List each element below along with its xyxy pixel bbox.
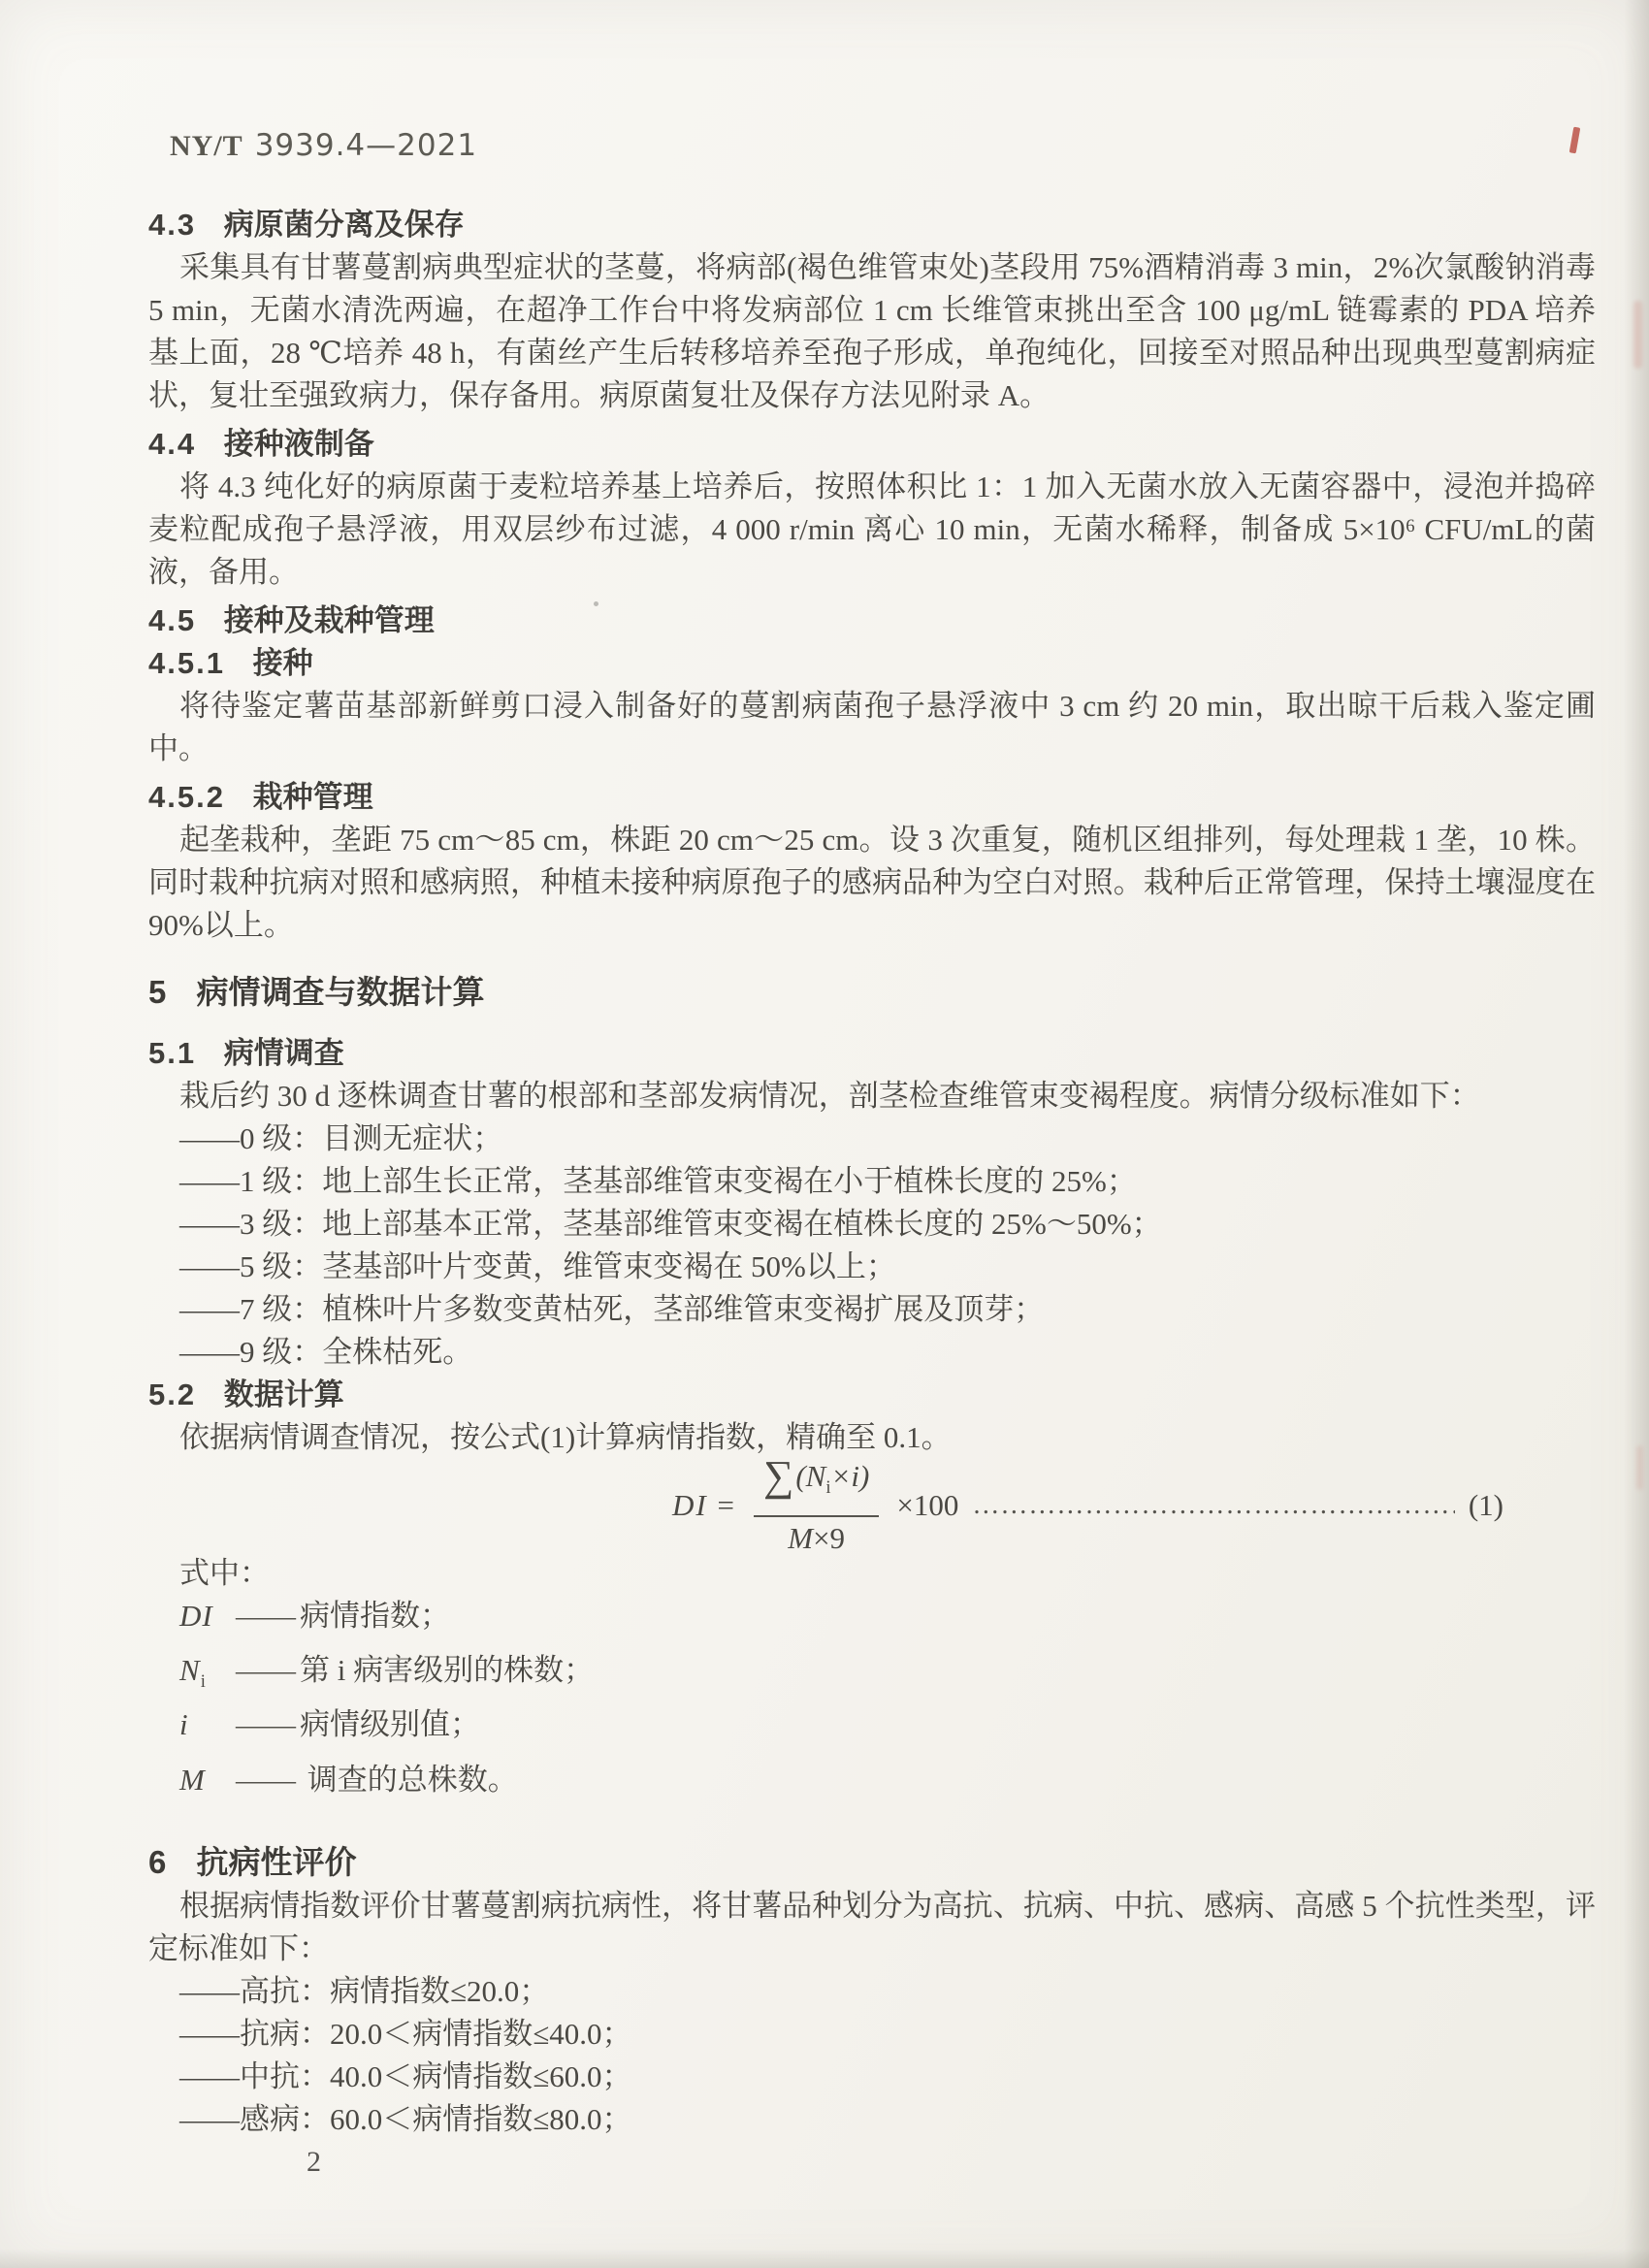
section-heading-4-5: 4.5 接种及栽种管理 xyxy=(148,599,1596,642)
denominator-factor: ×9 xyxy=(813,1521,845,1555)
term-dash: —— xyxy=(236,1707,296,1741)
section-number: 4.4 xyxy=(148,427,196,461)
term-dash: —— xyxy=(236,1599,296,1633)
section-number: 4.5 xyxy=(148,603,196,637)
standard-code-header: NY/T 3939.4—2021 xyxy=(170,128,1649,163)
document-body: 4.3 病原菌分离及保存 采集具有甘薯蔓割病典型症状的茎蔓，将病部(褐色维管束处… xyxy=(148,204,1596,2184)
scan-edge-shadow-bottom xyxy=(0,2249,1649,2268)
resistance-rating-list: ——高抗：病情指数≤20.0； ——抗病：20.0＜病情指数≤40.0； ——中… xyxy=(148,1970,1596,2141)
fraction: ∑(Ni×i) M×9 xyxy=(754,1454,879,1556)
grade-list-item: ——7 级：植株叶片多数变黄枯死，茎部维管束变褐扩展及顶芽； xyxy=(148,1288,1596,1331)
section-number: 4.5.1 xyxy=(148,646,225,680)
grade-list-item: ——1 级：地上部生长正常，茎基部维管束变褐在小于植株长度的 25%； xyxy=(148,1160,1596,1203)
paragraph-4-4: 将 4.3 纯化好的病原菌于麦粒培养基上培养后，按照体积比 1：1 加入无菌水放… xyxy=(148,466,1596,594)
section-title: 病情调查 xyxy=(224,1036,344,1070)
sigma-symbol: ∑ xyxy=(763,1452,793,1500)
term-description: 病情级别值； xyxy=(300,1707,480,1741)
chapter-heading-6: 6 抗病性评价 xyxy=(148,1840,1596,1885)
section-number: 4.5.2 xyxy=(148,780,225,814)
term-description: 调查的总株数。 xyxy=(300,1763,518,1797)
chapter-number: 6 xyxy=(148,1844,168,1880)
grade-list-item: ——0 级：目测无症状； xyxy=(148,1118,1596,1160)
term-symbol: i xyxy=(179,1703,236,1758)
term-symbol: M xyxy=(179,1759,236,1813)
paragraph-4-3: 采集具有甘薯蔓割病典型症状的茎蔓，将病部(褐色维管束处)茎段用 75%酒精消毒 … xyxy=(148,246,1596,417)
scan-artifact-pink-smudge xyxy=(1633,301,1642,369)
dotted-leader: ……………………………………………………………… xyxy=(972,1490,1455,1521)
where-intro: 式中： xyxy=(148,1552,1596,1595)
numerator-term-close: ×i) xyxy=(831,1459,870,1493)
rating-list-item: ——高抗：病情指数≤20.0； xyxy=(148,1970,1596,2013)
term-dash: —— xyxy=(236,1653,296,1687)
term-symbol: Ni xyxy=(179,1649,236,1703)
section-heading-4-5-2: 4.5.2 栽种管理 xyxy=(148,776,1596,819)
fraction-denominator: M×9 xyxy=(754,1517,879,1557)
equals-sign: = xyxy=(717,1488,735,1522)
chapter-number: 5 xyxy=(148,974,168,1010)
standard-code-prefix: NY/T xyxy=(170,130,243,162)
where-term: Ni——第 i 病害级别的株数； xyxy=(148,1649,1596,1703)
section-heading-5-1: 5.1 病情调查 xyxy=(148,1032,1596,1075)
disease-grade-list: ——0 级：目测无症状； ——1 级：地上部生长正常，茎基部维管束变褐在小于植株… xyxy=(148,1118,1596,1374)
page-footer: 2 xyxy=(307,2141,1596,2184)
section-heading-4-5-1: 4.5.1 接种 xyxy=(148,642,1596,685)
formula-where-clause: 式中： DI——病情指数； Ni——第 i 病害级别的株数； i——病情级别值；… xyxy=(148,1552,1596,1813)
term-description: 第 i 病害级别的株数； xyxy=(300,1653,594,1687)
paragraph-5-1: 栽后约 30 d 逐株调查甘薯的根部和茎部发病情况，剖茎检查维管束变褐程度。病情… xyxy=(148,1075,1596,1118)
term-symbol-subscript: i xyxy=(201,1671,206,1692)
fraction-numerator: ∑(Ni×i) xyxy=(754,1454,879,1516)
section-title: 接种液制备 xyxy=(224,427,374,461)
page-number: 2 xyxy=(307,2146,321,2178)
standard-code-number: 3939.4—2021 xyxy=(255,128,477,163)
chapter-title: 病情调查与数据计算 xyxy=(197,974,485,1010)
section-heading-4-3: 4.3 病原菌分离及保存 xyxy=(148,204,1596,246)
term-symbol-letter: N xyxy=(179,1653,201,1687)
section-heading-5-2: 5.2 数据计算 xyxy=(148,1374,1596,1416)
grade-list-item: ——3 级：地上部基本正常，茎基部维管束变褐在植株长度的 25%～50%； xyxy=(148,1203,1596,1246)
paragraph-4-5-1: 将待鉴定薯苗基部新鲜剪口浸入制备好的蔓割病菌孢子悬浮液中 3 cm 约 20 m… xyxy=(148,685,1596,770)
section-number: 4.3 xyxy=(148,208,196,242)
section-title: 栽种管理 xyxy=(253,780,373,814)
scan-artifact-pink-smudge xyxy=(1636,1445,1643,1490)
section-heading-4-4: 4.4 接种液制备 xyxy=(148,423,1596,466)
term-dash: —— xyxy=(236,1763,296,1797)
where-term: DI——病情指数； xyxy=(148,1595,1596,1649)
numerator-term: (N xyxy=(795,1459,825,1493)
paragraph-5-2: 依据病情调查情况，按公式(1)计算病情指数，精确至 0.1。 xyxy=(148,1416,1596,1459)
paragraph-4-5-2: 起垄栽种，垄距 75 cm～85 cm，株距 20 cm～25 cm。设 3 次… xyxy=(148,819,1596,947)
formula-multiplier: ×100 xyxy=(896,1488,958,1523)
term-symbol: DI xyxy=(179,1595,236,1649)
formula-di-symbol: DI xyxy=(672,1488,708,1522)
section-number: 5.2 xyxy=(148,1377,196,1411)
section-number: 5.1 xyxy=(148,1036,196,1070)
section-title: 接种 xyxy=(253,646,313,680)
chapter-title: 抗病性评价 xyxy=(197,1844,357,1880)
scan-artifact-speck xyxy=(594,601,598,606)
rating-list-item: ——中抗：40.0＜病情指数≤60.0； xyxy=(148,2056,1596,2098)
rating-list-item: ——抗病：20.0＜病情指数≤40.0； xyxy=(148,2013,1596,2056)
denominator-m-symbol: M xyxy=(788,1521,813,1555)
term-symbol-letter: M xyxy=(179,1763,206,1797)
document-page: NY/T 3939.4—2021 4.3 病原菌分离及保存 采集具有甘薯蔓割病典… xyxy=(0,0,1649,2268)
term-description: 病情指数； xyxy=(300,1599,450,1633)
term-symbol-letter: i xyxy=(179,1707,189,1741)
grade-list-item: ——5 级：茎基部叶片变黄，维管束变褐在 50%以上； xyxy=(148,1246,1596,1288)
section-title: 接种及栽种管理 xyxy=(224,603,435,637)
paragraph-6: 根据病情指数评价甘薯蔓割病抗病性，将甘薯品种划分为高抗、抗病、中抗、感病、高感 … xyxy=(148,1885,1596,1970)
term-symbol-letter: DI xyxy=(179,1599,213,1633)
formula-lhs: DI = xyxy=(672,1488,736,1523)
formula-disease-index: DI = ∑(Ni×i) M×9 ×100 ………………………………………………… xyxy=(672,1459,1503,1552)
formula-number: (1) xyxy=(1469,1488,1503,1523)
section-title: 数据计算 xyxy=(224,1377,344,1411)
where-term: i——病情级别值； xyxy=(148,1703,1596,1758)
chapter-heading-5: 5 病情调查与数据计算 xyxy=(148,970,1596,1015)
rating-list-item: ——感病：60.0＜病情指数≤80.0； xyxy=(148,2098,1596,2141)
where-term: M—— 调查的总株数。 xyxy=(148,1759,1596,1813)
grade-list-item: ——9 级：全株枯死。 xyxy=(148,1331,1596,1374)
section-title: 病原菌分离及保存 xyxy=(224,208,465,242)
